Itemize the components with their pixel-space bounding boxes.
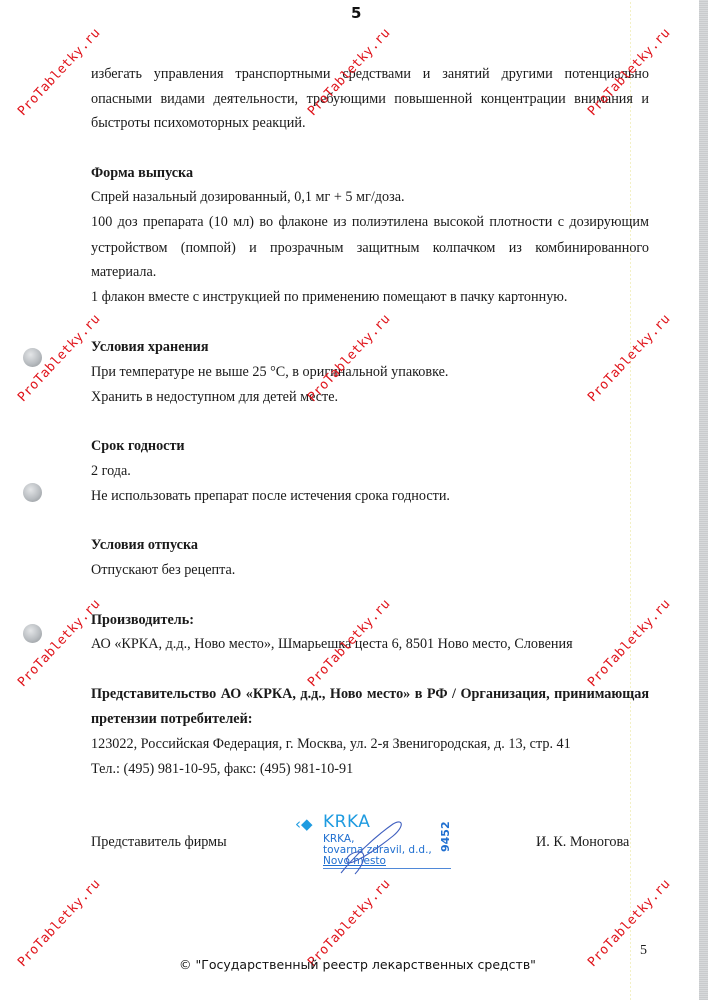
intro-line-2: опасными видами деятельности, требующими… [91,87,649,112]
krka-logo-icon: ‹◆ [295,815,313,833]
release-form-line: Спрей назальный дозированный, 0,1 мг + 5… [91,185,649,210]
copyright-notice: © "Государственный реестр лекарственных … [179,957,536,972]
section-title-release-form: Форма выпуска [91,161,649,186]
punch-hole [23,348,42,367]
punch-hole [23,624,42,643]
release-form-line: материала. [91,260,649,285]
section-title-dispensing: Условия отпуска [91,533,649,558]
release-form-line: 100 доз препарата (10 мл) во флаконе из … [91,210,649,235]
signature-label: Представитель фирмы [91,830,227,855]
watermark: ProTabletky.ru [305,877,394,970]
handwritten-signature [333,818,413,878]
intro-line-3: быстроты психомоторных реакций. [91,111,649,136]
watermark: ProTabletky.ru [15,877,104,970]
storage-line: При температуре не выше 25 °C, в оригина… [91,360,649,385]
release-form-line: устройством (помпой) и прозрачным защитн… [91,236,649,261]
release-form-line: 1 флакон вместе с инструкцией по примене… [91,285,649,310]
dispensing-line: Отпускают без рецепта. [91,558,649,583]
page-footer-number: 5 [640,943,647,959]
section-title-representative-cont: претензии потребителей: [91,707,649,732]
manufacturer-address: АО «КРКА, д.д., Ново место», Шмарьешка ц… [91,632,649,657]
punch-hole [23,483,42,502]
scan-edge-strip [699,0,708,1000]
shelf-life-line: 2 года. [91,459,649,484]
representative-address: 123022, Российская Федерация, г. Москва,… [91,732,649,757]
signatory-name: И. К. Моногова [536,830,629,855]
shelf-life-line: Не использовать препарат после истечения… [91,484,649,509]
section-title-representative: Представительство АО «КРКА, д.д., Ново м… [91,682,649,707]
page-header-number: 5 [351,4,361,22]
company-stamp: ‹◆ KRKA KRKA, tovarna zdravil, d.d., Nov… [293,812,463,874]
intro-line-1: избегать управления транспортными средст… [91,62,649,87]
stamp-number: 9452 [439,821,452,852]
representative-phone: Тел.: (495) 981-10-95, факс: (495) 981-1… [91,757,649,782]
storage-line: Хранить в недоступном для детей месте. [91,385,649,410]
section-title-shelf-life: Срок годности [91,434,649,459]
